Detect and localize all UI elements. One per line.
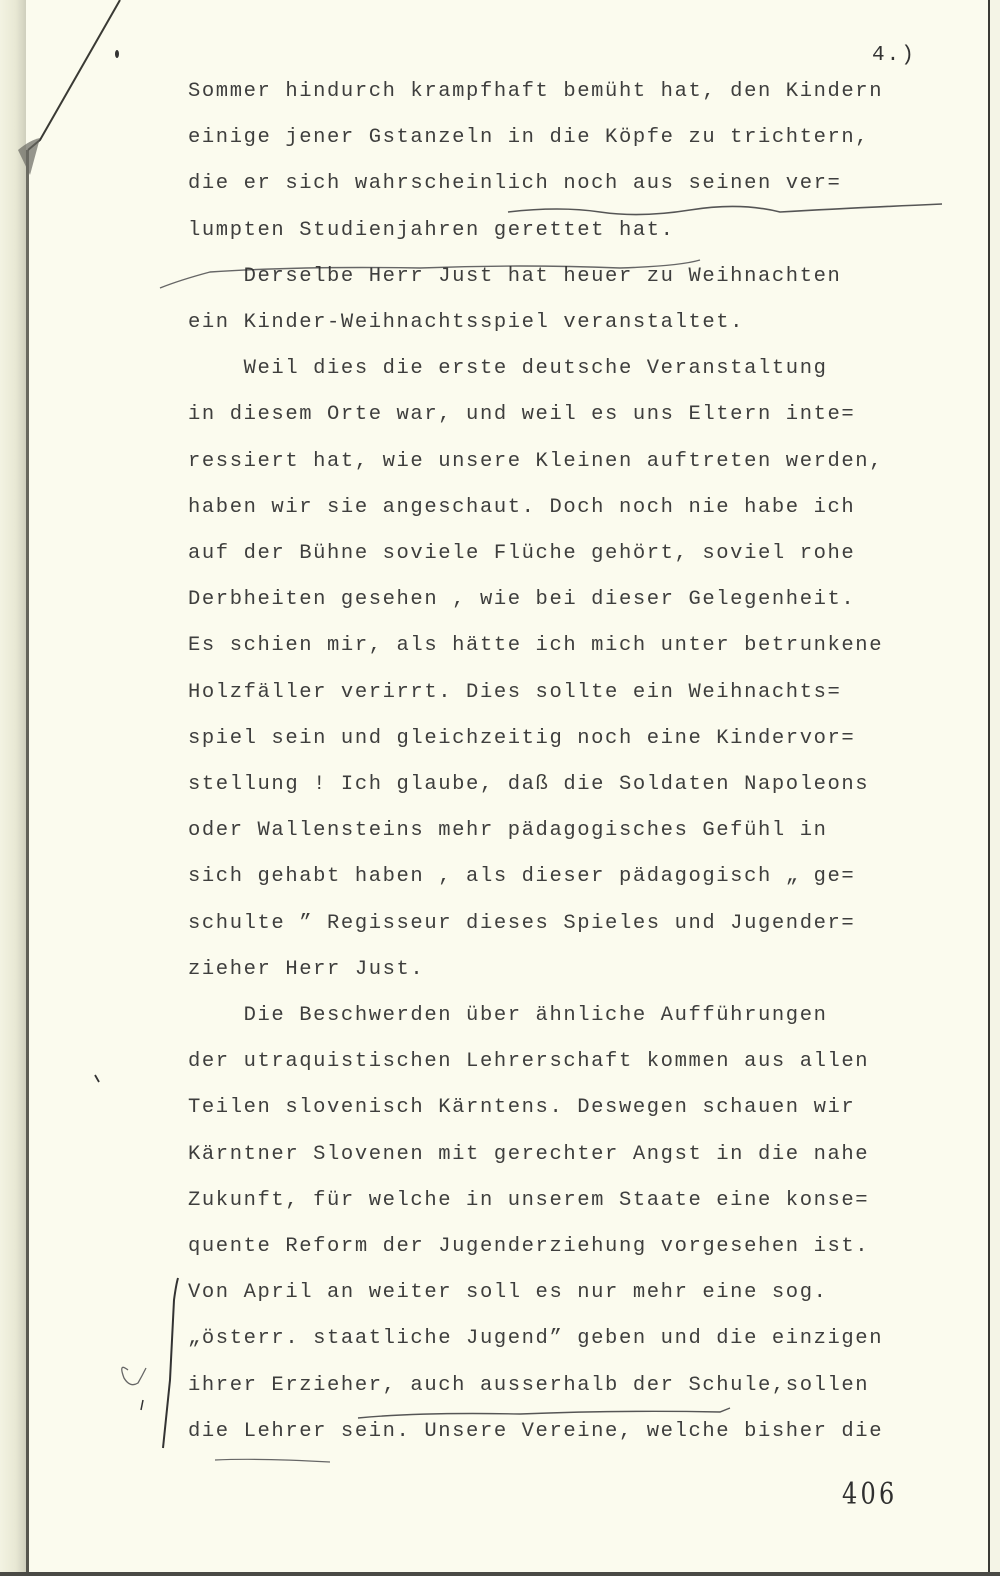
text-line: zieher Herr Just. [188, 958, 424, 981]
pencil-check-icon [122, 1367, 146, 1384]
text-line: einige jener Gstanzeln in die Köpfe zu t… [188, 126, 869, 149]
text-line: die Lehrer sein. Unsere Vereine, welche … [188, 1420, 883, 1443]
text-line: ein Kinder-Weihnachtsspiel veranstaltet. [188, 311, 744, 334]
text-line: stellung ! Ich glaube, daß die Soldaten … [188, 773, 869, 796]
text-line: Kärntner Slovenen mit gerechter Angst in… [188, 1143, 869, 1166]
margin-tick-icon [95, 1075, 99, 1082]
text-line: Die Beschwerden über ähnliche Aufführung… [188, 1004, 828, 1027]
text-line: Sommer hindurch krampfhaft bemüht hat, d… [188, 80, 883, 103]
text-line: ihrer Erzieher, auch ausserhalb der Schu… [188, 1374, 869, 1397]
text-line: oder Wallensteins mehr pädagogisches Gef… [188, 819, 828, 842]
text-line: Weil dies die erste deutsche Veranstaltu… [188, 357, 828, 380]
text-line: Derbheiten gesehen , wie bei dieser Gele… [188, 588, 855, 611]
text-line: Teilen slovenisch Kärntens. Deswegen sch… [188, 1096, 855, 1119]
ink-dot-icon [115, 50, 119, 58]
text-line: ressiert hat, wie unsere Kleinen auftret… [188, 450, 883, 473]
archive-stamp-number: 406 [842, 1477, 897, 1512]
text-line: Von April an weiter soll es nur mehr ein… [188, 1281, 828, 1304]
underline-wavy-icon [508, 204, 942, 215]
page-number: 4.) [872, 44, 916, 67]
text-line: spiel sein und gleichzeitig noch eine Ki… [188, 727, 855, 750]
text-line: in diesem Orte war, und weil es uns Elte… [188, 403, 855, 426]
text-line: Derselbe Herr Just hat heuer zu Weihnach… [188, 265, 841, 288]
text-line: sich gehabt haben , als dieser pädagogis… [188, 865, 855, 888]
text-line: haben wir sie angeschaut. Doch noch nie … [188, 496, 855, 519]
fold-line-icon [28, 0, 120, 150]
text-line: die er sich wahrscheinlich noch aus sein… [188, 172, 841, 195]
underline-icon [358, 1408, 730, 1418]
text-line: lumpten Studienjahren gerettet hat. [188, 219, 675, 242]
text-line: auf der Bühne soviele Flüche gehört, sov… [188, 542, 855, 565]
text-line: Holzfäller verirrt. Dies sollte ein Weih… [188, 681, 841, 704]
margin-bracket-icon [163, 1278, 178, 1448]
text-line: der utraquistischen Lehrerschaft kommen … [188, 1050, 869, 1073]
text-line: Es schien mir, als hätte ich mich unter … [188, 634, 883, 657]
underline-short-icon [215, 1459, 330, 1462]
text-line: Zukunft, für welche in unserem Staate ei… [188, 1189, 869, 1212]
text-line: quente Reform der Jugenderziehung vorges… [188, 1235, 869, 1258]
text-line: schulte ” Regisseur dieses Spieles und J… [188, 912, 855, 935]
text-line: „österr. staatliche Jugend” geben und di… [188, 1327, 883, 1350]
